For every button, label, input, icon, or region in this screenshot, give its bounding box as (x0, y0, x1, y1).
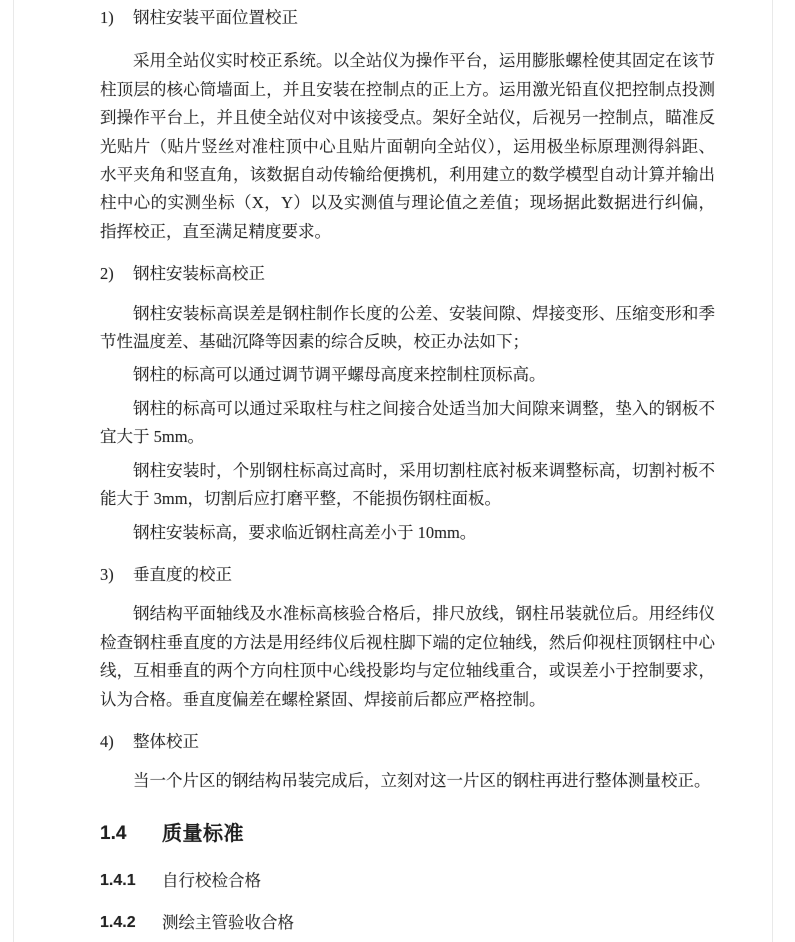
subsection-number: 1.4.1 (100, 866, 162, 896)
page-right-edge-line (772, 0, 773, 942)
item-title: 整体校正 (133, 728, 199, 756)
item-number: 1) (100, 4, 133, 32)
subsection-heading-1-4-2: 1.4.2 测绘主管验收合格 (100, 908, 715, 938)
document-content: 1) 钢柱安装平面位置校正 采用全站仪实时校正系统。以全站仪为操作平台，运用膨胀… (100, 4, 715, 938)
subsection-number: 1.4.2 (100, 908, 162, 938)
item-title: 垂直度的校正 (133, 561, 232, 589)
numbered-item-1-heading: 1) 钢柱安装平面位置校正 (100, 4, 715, 32)
document-page: 1) 钢柱安装平面位置校正 采用全站仪实时校正系统。以全站仪为操作平台，运用膨胀… (0, 0, 795, 942)
item-title: 钢柱安装标高校正 (133, 260, 265, 288)
paragraph: 钢柱安装标高误差是钢柱制作长度的公差、安装间隙、焊接变形、压缩变形和季节性温度差… (100, 300, 715, 357)
item-number: 2) (100, 260, 133, 288)
paragraph: 钢结构平面轴线及水准标高核验合格后，排尺放线，钢柱吊装就位后。用经纬仪检查钢柱垂… (100, 600, 715, 714)
section-title: 质量标准 (162, 818, 244, 850)
item-number: 4) (100, 728, 133, 756)
page-left-edge-line (13, 0, 14, 942)
item-title: 钢柱安装平面位置校正 (133, 4, 298, 32)
numbered-item-3-heading: 3) 垂直度的校正 (100, 561, 715, 589)
paragraph: 采用全站仪实时校正系统。以全站仪为操作平台，运用膨胀螺栓使其固定在该节柱顶层的核… (100, 47, 715, 246)
paragraph: 钢柱的标高可以通过调节调平螺母高度来控制柱顶标高。 (100, 361, 715, 389)
numbered-item-4-heading: 4) 整体校正 (100, 728, 715, 756)
paragraph: 当一个片区的钢结构吊装完成后，立刻对这一片区的钢柱再进行整体测量校正。 (100, 767, 715, 795)
subsection-title: 测绘主管验收合格 (162, 908, 294, 938)
paragraph: 钢柱安装时，个别钢柱标高过高时，采用切割柱底衬板来调整标高，切割衬板不能大于 3… (100, 457, 715, 514)
subsection-title: 自行校检合格 (162, 866, 261, 896)
paragraph: 钢柱的标高可以通过采取柱与柱之间接合处适当加大间隙来调整，垫入的钢板不宜大于 5… (100, 395, 715, 452)
numbered-item-2-heading: 2) 钢柱安装标高校正 (100, 260, 715, 288)
item-number: 3) (100, 561, 133, 589)
subsection-heading-1-4-1: 1.4.1 自行校检合格 (100, 866, 715, 896)
section-heading-1-4: 1.4 质量标准 (100, 818, 715, 850)
section-number: 1.4 (100, 818, 162, 850)
paragraph: 钢柱安装标高，要求临近钢柱高差小于 10mm。 (100, 519, 715, 547)
